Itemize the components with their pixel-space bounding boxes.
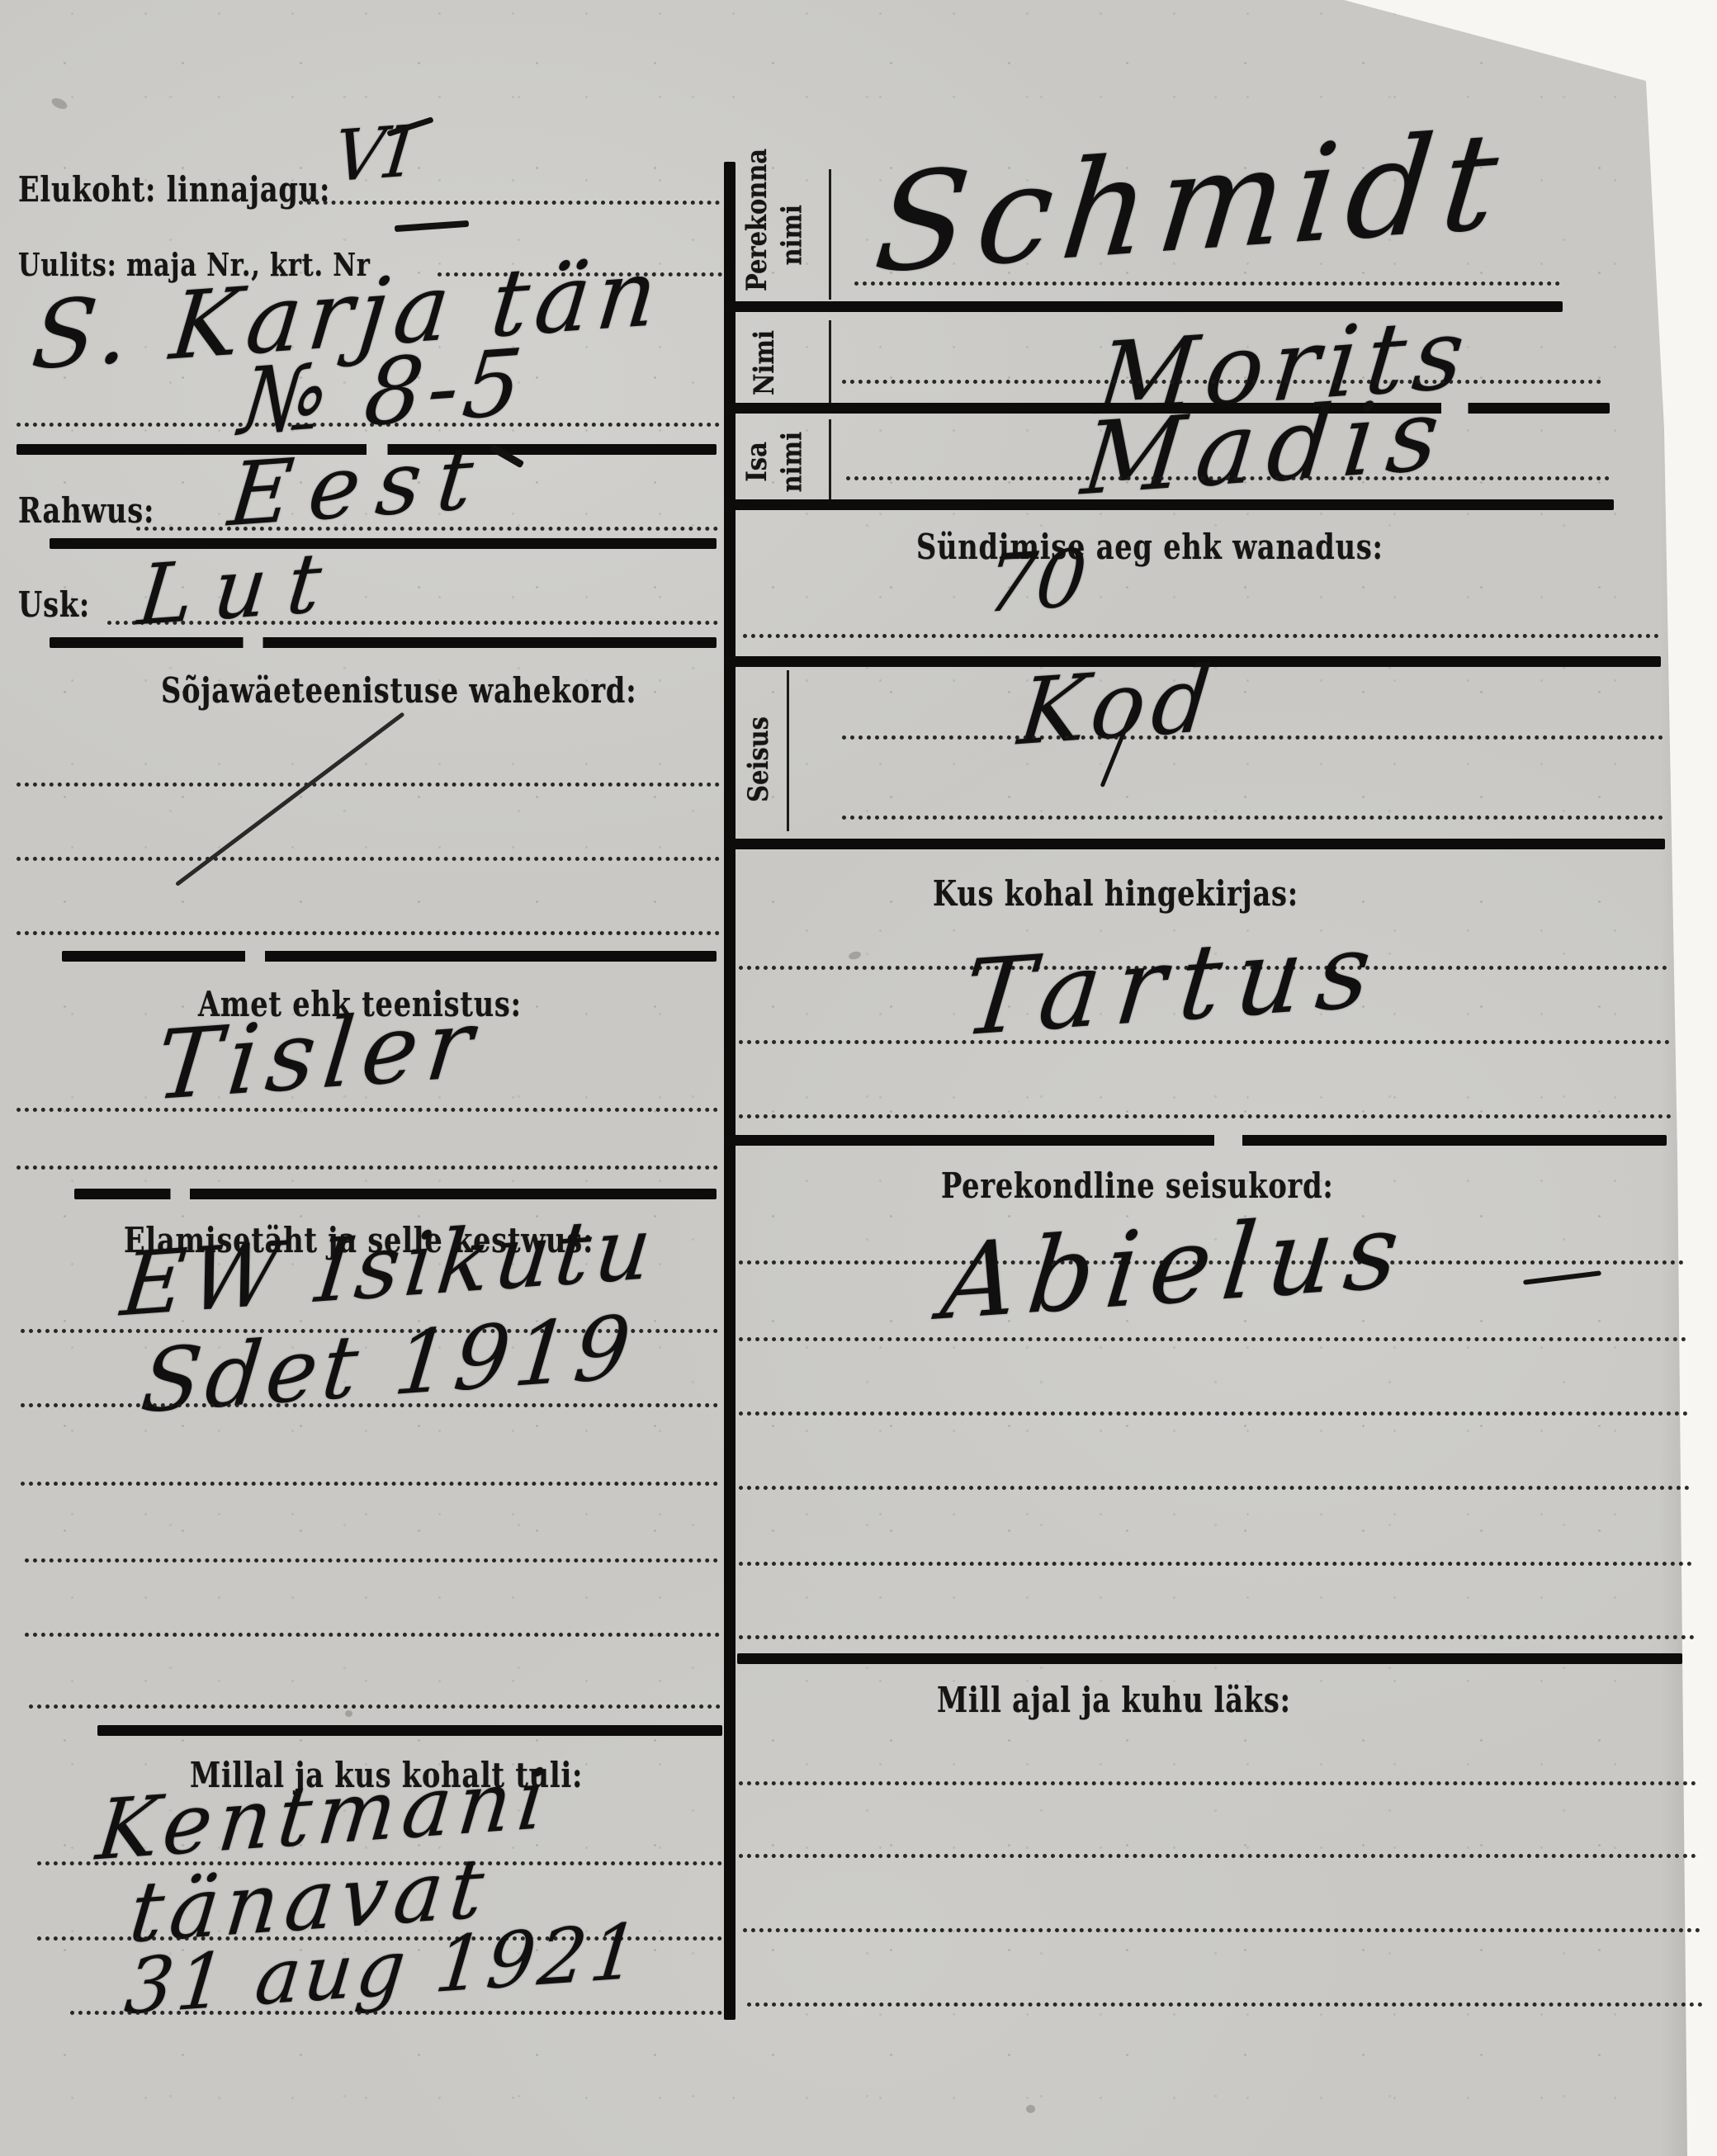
dotted-line	[21, 1403, 718, 1407]
dotted-line	[854, 281, 1560, 286]
dotted-line	[739, 1040, 1670, 1044]
dotted-line	[747, 2002, 1703, 2007]
dotted-line	[17, 857, 720, 861]
dotted-line	[739, 1781, 1696, 1785]
rule-line	[74, 1189, 717, 1199]
field-value-perekondline: Abielus	[937, 1199, 1415, 1336]
scanned-registration-card: Elukoht: linnajagu: VI Uulits: maja Nr.,…	[0, 0, 1717, 2156]
rule-line	[62, 951, 717, 962]
dotted-line	[17, 782, 720, 787]
rule-line	[724, 839, 1665, 849]
field-value-hingekirjas: Tartus	[958, 918, 1390, 1052]
dotted-line	[739, 1562, 1692, 1566]
field-value-amet: Tisler	[152, 996, 485, 1115]
dotted-line	[17, 931, 720, 935]
field-label-rahwus: Rahwus:	[18, 490, 154, 531]
dotted-line	[842, 735, 1663, 740]
dotted-line	[25, 1633, 720, 1637]
label-separator-line	[829, 419, 831, 502]
field-value-isa-nimi: Madis	[1078, 385, 1456, 510]
column-divider	[724, 162, 736, 2020]
dotted-line	[743, 1928, 1700, 1932]
dotted-line	[739, 1114, 1672, 1118]
dotted-line	[846, 476, 1610, 480]
rule-line	[97, 1725, 722, 1736]
field-label-sojawae: Sõjawäeteenistuse wahekord:	[161, 670, 636, 711]
dotted-line	[739, 1486, 1690, 1490]
label-separator-line	[829, 320, 831, 403]
dotted-line	[17, 1165, 718, 1170]
field-label-mill-ajal: Mill ajal ja kuhu läks:	[937, 1680, 1291, 1720]
dotted-line	[25, 1558, 718, 1563]
field-label-seisus: Seisus	[741, 707, 777, 812]
dotted-line	[739, 1854, 1696, 1858]
field-label-elukoht: Elukoht: linnajagu:	[18, 169, 330, 210]
field-value-usk: Lut	[135, 540, 346, 637]
field-value-sundimise: 70	[982, 539, 1090, 625]
dotted-line	[739, 1411, 1688, 1416]
dotted-line	[299, 201, 720, 205]
dotted-line	[29, 1704, 721, 1709]
dotted-line	[842, 380, 1601, 384]
dotted-line	[70, 2011, 731, 2015]
rule-line	[737, 1653, 1682, 1664]
field-label-hingekirjas: Kus kohal hingekirjas:	[933, 873, 1298, 914]
field-label-sundimise: Sündimise aeg ehk wanadus:	[916, 527, 1384, 567]
paper-smudge	[1026, 2105, 1035, 2113]
paper-smudge	[345, 1710, 352, 1717]
field-label-isa-nimi: Isa nimi	[740, 428, 810, 495]
dotted-line	[739, 1337, 1686, 1341]
dotted-line	[21, 1482, 718, 1486]
field-label-nimi: Nimi	[747, 329, 783, 396]
dotted-line	[842, 816, 1663, 820]
label-separator-line	[829, 169, 831, 300]
rule-line	[724, 1135, 1667, 1146]
dotted-line	[743, 634, 1659, 638]
field-value-rahwus: Eest	[225, 434, 493, 540]
field-label-usk: Usk:	[18, 584, 90, 625]
label-separator-line	[787, 670, 789, 831]
dotted-line	[739, 1635, 1695, 1639]
dotted-line	[17, 1108, 718, 1112]
rule-line	[724, 499, 1614, 510]
rule-line	[50, 637, 717, 648]
field-label-perekonna-nimi: Perekonna nimi	[740, 179, 810, 291]
